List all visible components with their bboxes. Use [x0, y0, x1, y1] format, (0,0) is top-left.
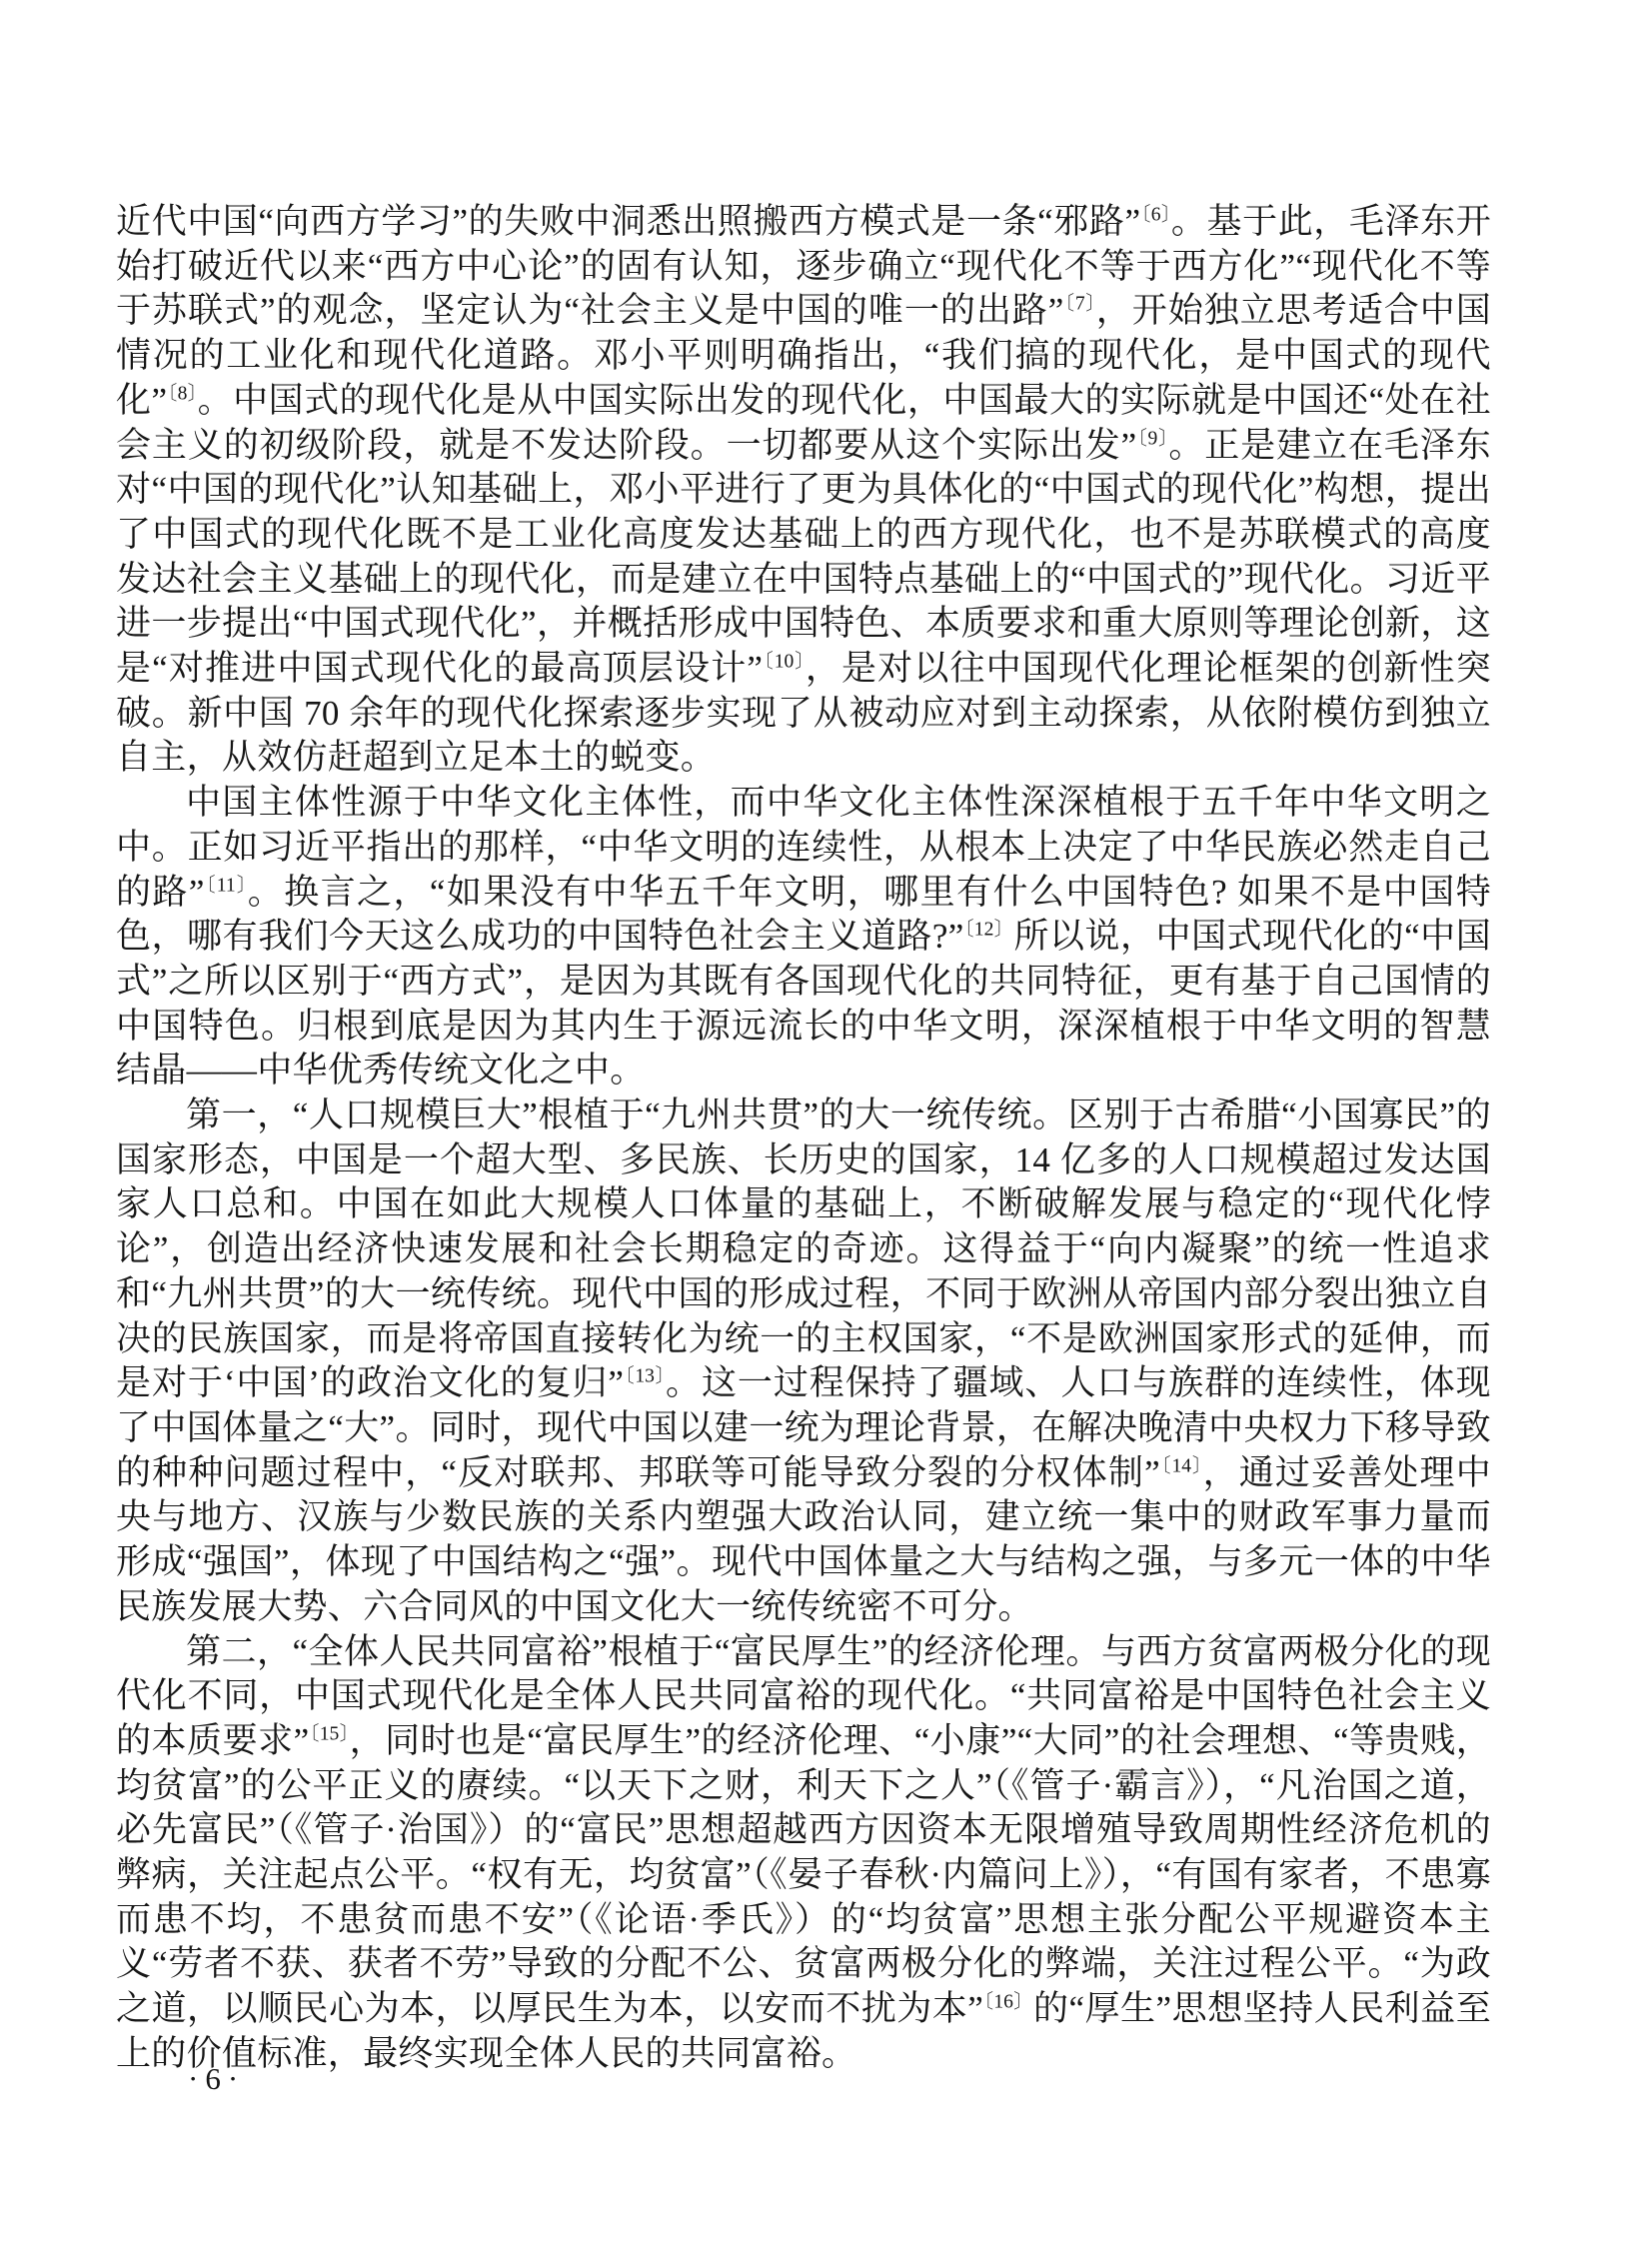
- footnote-ref: 〔11〕: [205, 875, 248, 896]
- page-number: ·6·: [188, 2061, 245, 2097]
- paragraph: 第二，“全体人民共同富裕”根植于“富民厚生”的经济伦理。与西方贫富两极分化的现代…: [116, 1630, 1491, 2077]
- footnote-ref: 〔7〕: [1064, 294, 1096, 315]
- footnote-ref: 〔6〕: [1140, 204, 1171, 225]
- paragraph: 中国主体性源于中华文化主体性，而中华文化主体性深深植根于五千年中华文明之中。正如…: [116, 781, 1491, 1094]
- footnote-ref: 〔16〕: [983, 1991, 1033, 2012]
- paragraph: 近代中国“向西方学习”的失败中洞悉出照搬西方模式是一条“邪路”〔6〕。基于此，毛…: [116, 200, 1491, 781]
- footnote-ref: 〔10〕: [763, 651, 806, 672]
- footnote-ref: 〔13〕: [624, 1366, 666, 1387]
- footnote-ref: 〔12〕: [964, 920, 1014, 941]
- document-page: 近代中国“向西方学习”的失败中洞悉出照搬西方模式是一条“邪路”〔6〕。基于此，毛…: [0, 0, 1652, 2243]
- footnote-ref: 〔9〕: [1137, 428, 1169, 449]
- article-body: 近代中国“向西方学习”的失败中洞悉出照搬西方模式是一条“邪路”〔6〕。基于此，毛…: [116, 200, 1491, 2077]
- footnote-ref: 〔14〕: [1160, 1455, 1203, 1476]
- footnote-ref: 〔15〕: [310, 1723, 350, 1744]
- paragraph: 第一，“人口规模巨大”根植于“九州共贯”的大一统传统。区别于古希腊“小国寡民”的…: [116, 1094, 1491, 1629]
- footnote-ref: 〔8〕: [167, 383, 197, 404]
